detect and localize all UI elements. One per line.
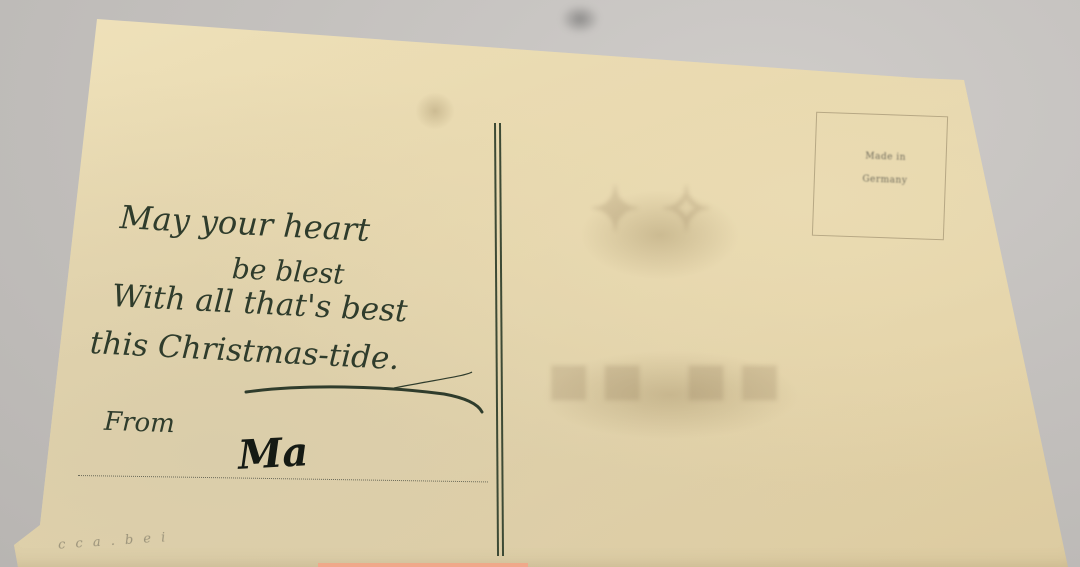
stamp-text-line-1: Made in [836, 150, 936, 163]
orange-object-edge [318, 563, 528, 567]
paper-stain [415, 92, 455, 130]
stamp-text-line-2: Germany [835, 173, 935, 186]
decorative-swash [244, 370, 484, 416]
stamp-box: Made in Germany [812, 112, 948, 241]
from-label: From [103, 407, 175, 439]
ghost-print-through: ✦ ✧ [590, 175, 711, 245]
handwritten-signature: Ma [237, 428, 310, 479]
postcard: ✦ ✧ ▪▪ ▪▪ Made in Germany May your heart… [0, 0, 1080, 567]
ghost-print-through: ▪▪ ▪▪ [545, 335, 789, 418]
